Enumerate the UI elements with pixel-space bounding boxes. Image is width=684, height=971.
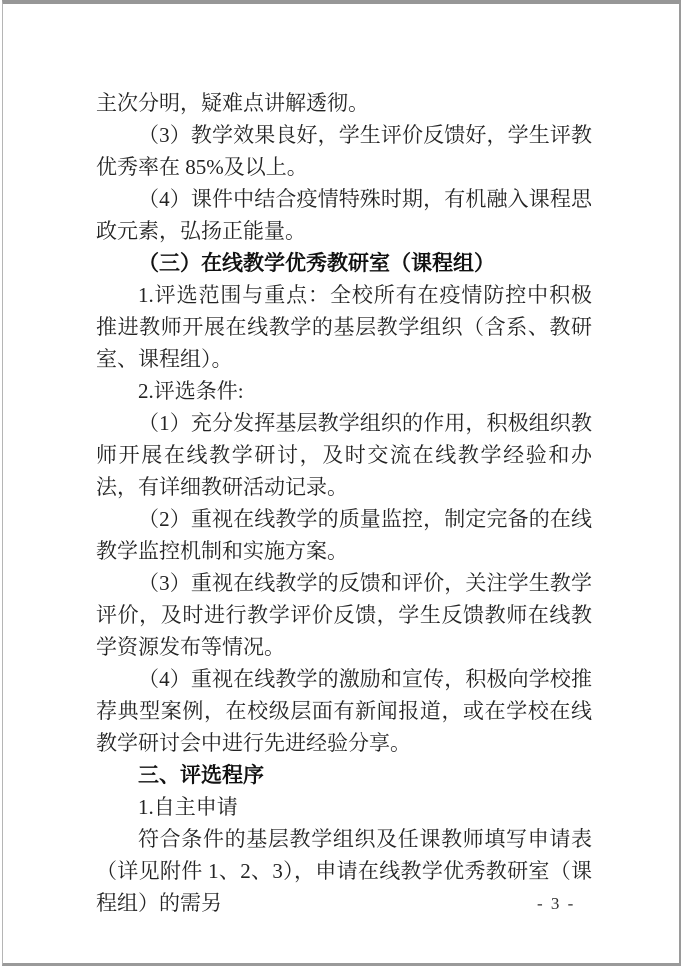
paragraph: 1.评选范围与重点：全校所有在疫情防控中积极推进教师开展在线教学的基层教学组织（… (96, 279, 592, 375)
paragraph-continuation: 主次分明，疑难点讲解透彻。 (96, 87, 592, 119)
paragraph: （4）课件中结合疫情特殊时期，有机融入课程思政元素，弘扬正能量。 (96, 183, 592, 247)
section-heading: （三）在线教学优秀教研室（课程组） (96, 247, 592, 279)
paragraph: 符合条件的基层教学组织及任课教师填写申请表（详见附件 1、2、3），申请在线教学… (96, 823, 592, 919)
paragraph: 2.评选条件: (96, 375, 592, 407)
document-body: 主次分明，疑难点讲解透彻。 （3）教学效果良好，学生评价反馈好，学生评教优秀率在… (96, 87, 592, 919)
paragraph: （1）充分发挥基层教学组织的作用，积极组织教师开展在线教学研讨，及时交流在线教学… (96, 407, 592, 503)
paragraph: （3）教学效果良好，学生评价反馈好，学生评教优秀率在 85%及以上。 (96, 119, 592, 183)
paragraph: （3）重视在线教学的反馈和评价，关注学生教学评价，及时进行教学评价反馈，学生反馈… (96, 567, 592, 663)
paragraph: （2）重视在线教学的质量监控，制定完备的在线教学监控机制和实施方案。 (96, 503, 592, 567)
section-heading: 三、评选程序 (96, 759, 592, 791)
paragraph: 1.自主申请 (96, 791, 592, 823)
document-page: 主次分明，疑难点讲解透彻。 （3）教学效果良好，学生评价反馈好，学生评教优秀率在… (0, 0, 684, 971)
page-number: - 3 - (537, 894, 575, 914)
paragraph: （4）重视在线教学的激励和宣传，积极向学校推荐典型案例，在校级层面有新闻报道，或… (96, 663, 592, 759)
